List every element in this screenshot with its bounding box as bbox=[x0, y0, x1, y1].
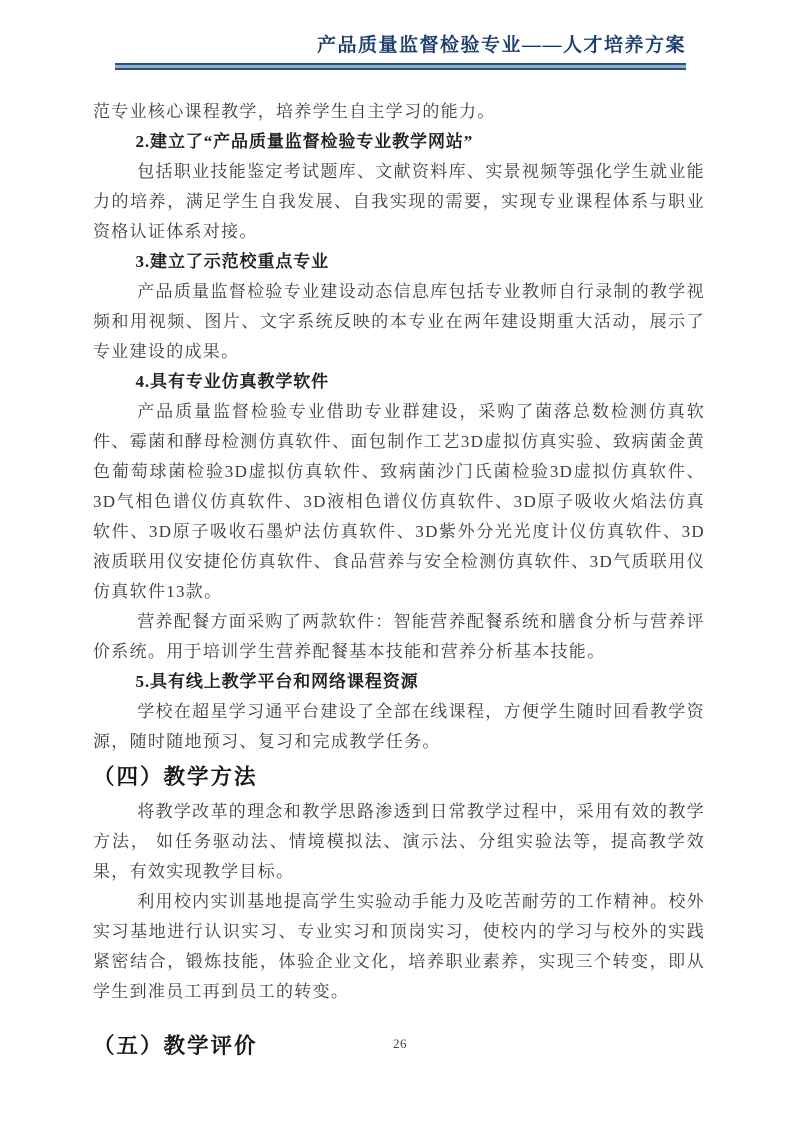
body-paragraph: 产品质量监督检验专业借助专业群建设，采购了菌落总数检测仿真软件、霉菌和酵母检测仿… bbox=[93, 397, 705, 607]
section-heading-4: （四）教学方法 bbox=[93, 760, 705, 794]
numbered-heading-3: 3.建立了示范校重点专业 bbox=[93, 247, 705, 277]
page-number: 26 bbox=[0, 1036, 800, 1052]
body-paragraph: 营养配餐方面采购了两款软件：智能营养配餐系统和膳食分析与营养评价系统。用于培训学… bbox=[93, 607, 705, 667]
document-body: 范专业核心课程教学，培养学生自主学习的能力。 2.建立了“产品质量监督检验专业教… bbox=[93, 97, 705, 1063]
numbered-heading-5: 5.具有线上教学平台和网络课程资源 bbox=[93, 667, 705, 697]
body-paragraph: 学校在超星学习通平台建设了全部在线课程，方便学生随时回看教学资源，随时随地预习、… bbox=[93, 697, 705, 757]
numbered-heading-2: 2.建立了“产品质量监督检验专业教学网站” bbox=[93, 127, 705, 157]
body-paragraph: 包括职业技能鉴定考试题库、文献资料库、实景视频等强化学生就业能力的培养，满足学生… bbox=[93, 157, 705, 247]
body-paragraph: 利用校内实训基地提高学生实验动手能力及吃苦耐劳的工作精神。校外实习基地进行认识实… bbox=[93, 887, 705, 1007]
numbered-heading-4: 4.具有专业仿真教学软件 bbox=[93, 367, 705, 397]
header-double-rule bbox=[115, 63, 686, 70]
body-paragraph: 将教学改革的理念和教学思路渗透到日常教学过程中，采用有效的教学方法， 如任务驱动… bbox=[93, 797, 705, 887]
page-header: 产品质量监督检验专业——人才培养方案 bbox=[0, 0, 800, 70]
document-page: 产品质量监督检验专业——人才培养方案 范专业核心课程教学，培养学生自主学习的能力… bbox=[0, 0, 800, 1131]
body-paragraph-continuation: 范专业核心课程教学，培养学生自主学习的能力。 bbox=[93, 97, 705, 127]
header-title: 产品质量监督检验专业——人才培养方案 bbox=[115, 33, 686, 59]
body-paragraph: 产品质量监督检验专业建设动态信息库包括专业教师自行录制的教学视频和用视频、图片、… bbox=[93, 277, 705, 367]
